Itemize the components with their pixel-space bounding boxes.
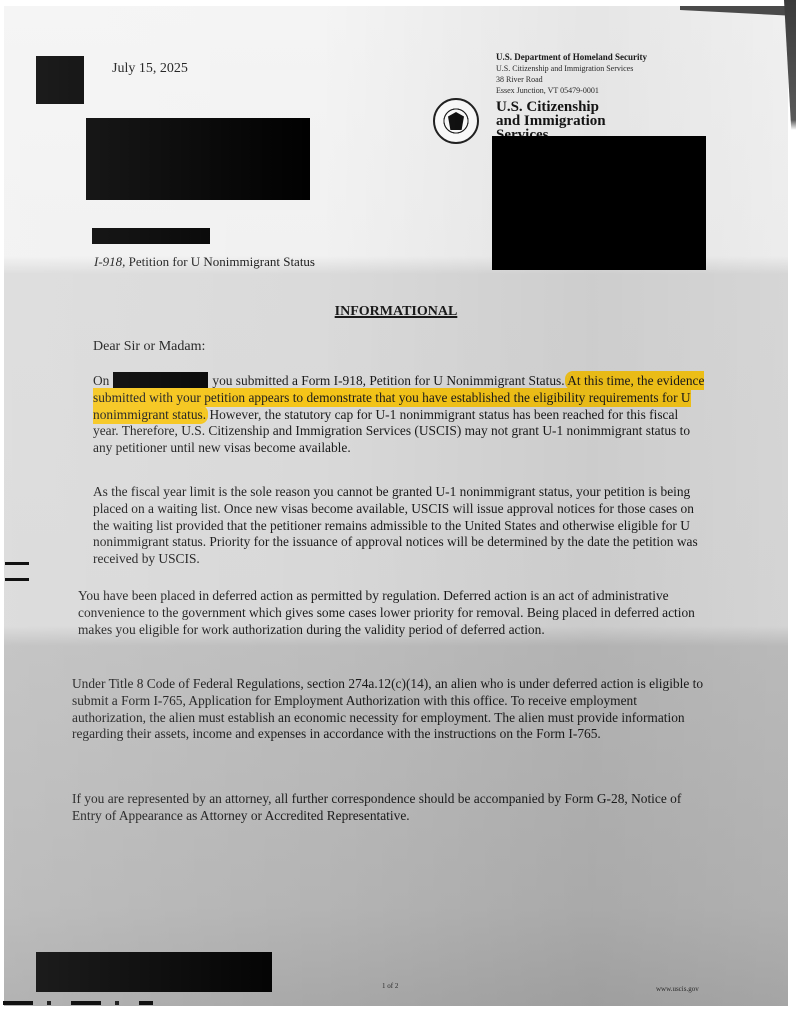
margin-mark-1: [5, 562, 29, 565]
p1-prefix: On: [93, 373, 109, 388]
redaction-submission-date: [113, 372, 208, 388]
scan-bottom-margin: [0, 1006, 796, 1024]
margin-mark-2: [5, 578, 29, 581]
redaction-recipient-address: [86, 118, 310, 200]
letter-date: July 15, 2025: [112, 61, 188, 77]
agency-department: U.S. Department of Homeland Security: [496, 52, 647, 63]
paragraph-waiting-list: As the fiscal year limit is the sole rea…: [93, 484, 705, 568]
uscis-wordmark-line-1: U.S. Citizenship: [496, 100, 606, 114]
uscis-wordmark-line-2: and Immigration: [496, 114, 606, 128]
agency-bureau: U.S. Citizenship and Immigration Service…: [496, 63, 647, 74]
p1-after-redaction: you submitted a Form I-918, Petition for…: [212, 373, 564, 388]
scan-bottom-artifacts: [3, 1001, 153, 1005]
salutation: Dear Sir or Madam:: [93, 339, 205, 355]
subject-line: I-918, Petition for U Nonimmigrant Statu…: [94, 254, 315, 270]
agency-address-block: U.S. Department of Homeland Security U.S…: [496, 52, 647, 96]
agency-city: Essex Junction, VT 05479-0001: [496, 85, 647, 96]
letter-page: July 15, 2025 U.S. Department of Homelan…: [4, 6, 788, 1006]
letter-heading: INFORMATIONAL: [4, 304, 788, 320]
subject-form-number: I-918,: [94, 254, 125, 269]
redaction-footer: [36, 952, 272, 992]
redaction-top-left: [36, 56, 84, 104]
paragraph-attorney-representation: If you are represented by an attorney, a…: [72, 791, 706, 825]
footer-website: www.uscis.gov: [656, 985, 699, 993]
redaction-case-info: [492, 136, 706, 270]
paragraph-submission-status: Onyou submitted a Form I-918, Petition f…: [93, 372, 705, 457]
agency-street: 38 River Road: [496, 74, 647, 85]
paragraph-deferred-action: You have been placed in deferred action …: [78, 588, 706, 638]
redaction-receipt-number: [92, 228, 210, 244]
subject-title: Petition for U Nonimmigrant Status: [129, 254, 315, 269]
footer-page-indicator: 1 of 2: [382, 982, 398, 990]
dhs-seal-icon: [433, 98, 479, 144]
paragraph-employment-authorization: Under Title 8 Code of Federal Regulation…: [72, 676, 706, 743]
